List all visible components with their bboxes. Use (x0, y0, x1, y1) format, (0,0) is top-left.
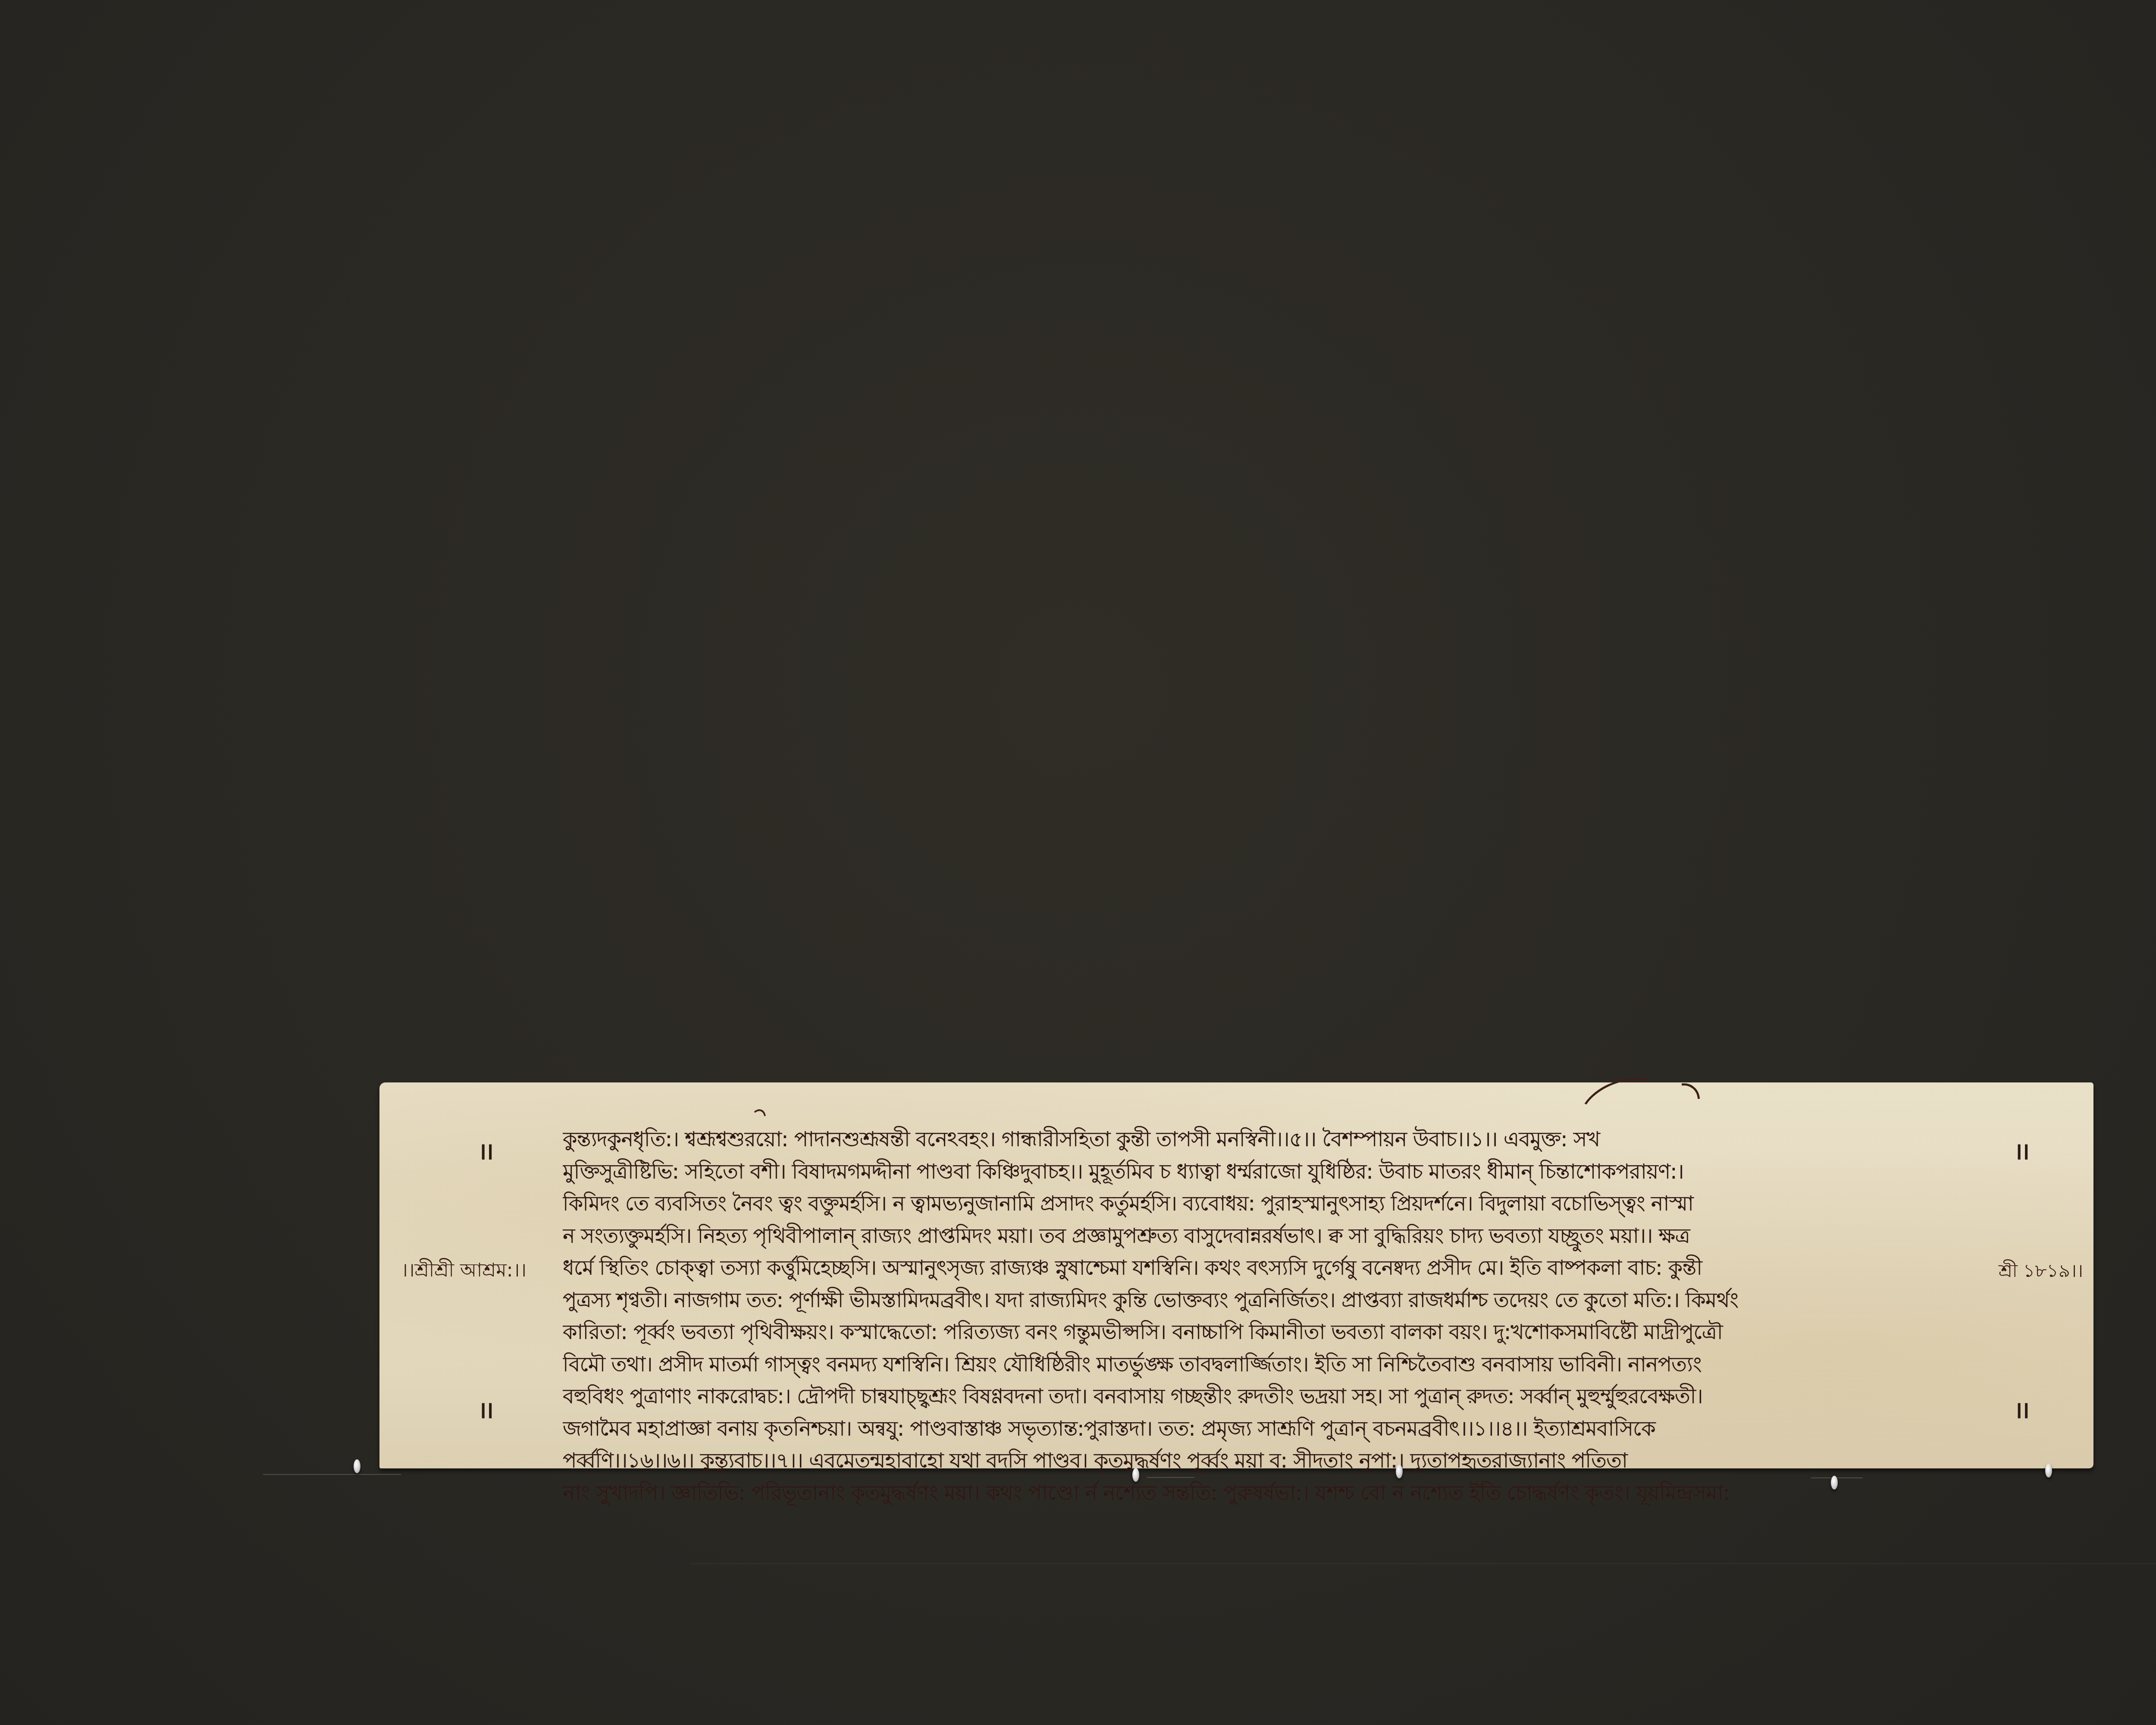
text-line: বিমৌ তথা। প্রসীদ মাতর্মা গাস্ত্বং বনমদ্য… (563, 1349, 1986, 1381)
manuscript-text: কুন্ত্যদকুনধৃতি:। শ্বশ্রূশ্বশুরয়ো: পাদা… (563, 1123, 1986, 1509)
text-line: জগামৈব মহাপ্রাজ্ঞা বনায় কৃতনিশ্চয়া। অন… (563, 1413, 1986, 1445)
text-line: পুত্রস্য শৃণ্বতী। নাজগাম তত: পূর্ণাক্ষী … (563, 1284, 1986, 1317)
text-line: মুক্তিসুত্রীষ্টিভি: সহিতো বশী। বিষাদমগমদ… (563, 1156, 1986, 1188)
mounting-pin-icon (354, 1459, 360, 1473)
board-guide-line (263, 1474, 401, 1475)
ink-flourish (1656, 1076, 1707, 1128)
folio-number: শ্রী ১৮১৯।। (1999, 1257, 2083, 1287)
mounting-pin-icon (1396, 1465, 1403, 1478)
text-line: কিমিদং তে ব্যবসিতং নৈবং ত্বং বক্তুমর্হসি… (563, 1188, 1986, 1220)
right-margin-mark-bottom: ।। (2014, 1393, 2028, 1425)
left-margin-mark-bottom: ।। (478, 1393, 492, 1425)
board-guide-line (690, 1563, 2156, 1564)
mounting-pin-icon (1831, 1476, 1838, 1490)
text-line: ধর্মে স্থিতিং চোক্ত্বা তস্যা কর্ত্তুমিহে… (563, 1252, 1986, 1284)
margin-title: ।।শ্রীশ্রী আশ্রম:।। (401, 1256, 526, 1287)
text-line: ন সংত্যক্তুমর্হসি। নিহত্য পৃথিবীপালান্ র… (563, 1220, 1986, 1252)
text-line: কারিতা: পূর্ব্বং ভবত্যা পৃথিবীক্ষয়ং। কস… (563, 1316, 1986, 1349)
left-margin-mark-top: ।। (478, 1134, 492, 1166)
right-margin-mark-top: ।। (2014, 1134, 2028, 1166)
text-line: বহুবিধং পুত্রাণাং নাকরোদ্বচ:। দ্রৌপদী চা… (563, 1380, 1986, 1413)
manuscript-folio: ।। ।। ।। ।। ।।শ্রীশ্রী আশ্রম:।। শ্রী ১৮১… (379, 1082, 2093, 1468)
text-line: কুন্ত্যদকুনধৃতি:। শ্বশ্রূশ্বশুরয়ো: পাদা… (563, 1123, 1986, 1156)
mounting-pin-icon (1132, 1468, 1139, 1482)
mounting-pin-icon (2045, 1464, 2052, 1477)
text-line: পর্ব্বণি।।১৬।।৬।। কুন্ত্যুবাচ।।৭।। এবমেত… (563, 1445, 1986, 1477)
text-line: নাং সুখাদপি। জ্ঞাতিভি: পরিভূতানাং কৃতমুদ… (563, 1477, 1986, 1509)
